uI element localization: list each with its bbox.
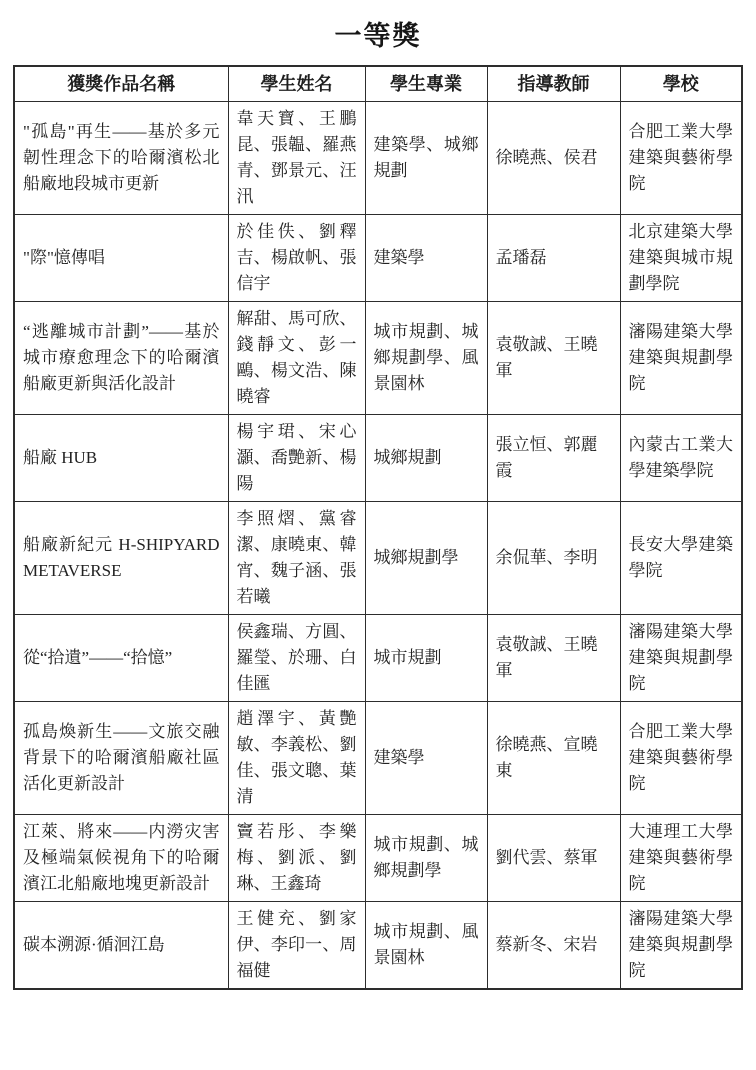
column-header-student-names: 學生姓名 — [228, 66, 365, 102]
column-header-teachers: 指導教師 — [487, 66, 620, 102]
cell-major: 城市規劃、城鄉規劃學 — [365, 815, 487, 902]
cell-teachers: 徐曉燕、侯君 — [487, 102, 620, 215]
cell-student-names: 韋天寶、王鵬昆、張韞、羅燕青、鄧景元、汪汛 — [228, 102, 365, 215]
cell-school: 合肥工業大學建築與藝術學院 — [620, 702, 742, 815]
page-title: 一等獎 — [0, 14, 756, 53]
cell-student-names: 王健充、劉家伊、李印一、周福健 — [228, 902, 365, 990]
cell-work-name: 從“拾遺”——“拾憶” — [14, 615, 228, 702]
cell-major: 建築學 — [365, 215, 487, 302]
cell-school: 瀋陽建築大學建築與規劃學院 — [620, 615, 742, 702]
cell-teachers: 張立恒、郭麗霞 — [487, 415, 620, 502]
cell-teachers: 袁敬誠、王曉軍 — [487, 302, 620, 415]
cell-work-name: "孤島"再生——基於多元韌性理念下的哈爾濱松北船廠地段城市更新 — [14, 102, 228, 215]
cell-teachers: 徐曉燕、宣曉東 — [487, 702, 620, 815]
table-row: "際"憶傳唱 於佳佚、劉釋吉、楊啟帆、張信宇 建築學 孟璠磊 北京建築大學建築與… — [14, 215, 742, 302]
cell-major: 城鄉規劃 — [365, 415, 487, 502]
cell-student-names: 解甜、馬可欣、錢靜文、彭一鷗、楊文浩、陳曉睿 — [228, 302, 365, 415]
cell-work-name: “逃離城市計劃”——基於城市療愈理念下的哈爾濱船廠更新與活化設計 — [14, 302, 228, 415]
cell-student-names: 楊宇珺、宋心灝、喬艷新、楊陽 — [228, 415, 365, 502]
cell-work-name: 船廠 HUB — [14, 415, 228, 502]
cell-student-names: 趙澤宇、黃艷敏、李義松、劉佳、張文聰、葉清 — [228, 702, 365, 815]
table-row: 從“拾遺”——“拾憶” 侯鑫瑞、方圓、羅瑩、於珊、白佳匯 城市規劃 袁敬誠、王曉… — [14, 615, 742, 702]
cell-major: 城鄉規劃學 — [365, 502, 487, 615]
cell-work-name: 江萊、將來——内澇灾害及極端氣候視角下的哈爾濱江北船廠地塊更新設計 — [14, 815, 228, 902]
header-row: 獲獎作品名稱 學生姓名 學生專業 指導教師 學校 — [14, 66, 742, 102]
table-row: "孤島"再生——基於多元韌性理念下的哈爾濱松北船廠地段城市更新 韋天寶、王鵬昆、… — [14, 102, 742, 215]
cell-teachers: 劉代雲、蔡軍 — [487, 815, 620, 902]
cell-work-name: 孤島煥新生——文旅交融背景下的哈爾濱船廠社區活化更新設計 — [14, 702, 228, 815]
cell-student-names: 於佳佚、劉釋吉、楊啟帆、張信宇 — [228, 215, 365, 302]
table-row: 碳本溯源·循洄江島 王健充、劉家伊、李印一、周福健 城市規劃、風景園林 蔡新冬、… — [14, 902, 742, 990]
column-header-work-name: 獲獎作品名稱 — [14, 66, 228, 102]
cell-student-names: 李照熠、黨睿潔、康曉東、韓宵、魏子涵、張若曦 — [228, 502, 365, 615]
cell-work-name: 船廠新紀元 H-SHIPYARD METAVERSE — [14, 502, 228, 615]
cell-teachers: 余侃華、李明 — [487, 502, 620, 615]
award-winners-table: 獲獎作品名稱 學生姓名 學生專業 指導教師 學校 "孤島"再生——基於多元韌性理… — [13, 65, 743, 990]
cell-major: 城市規劃 — [365, 615, 487, 702]
cell-school: 合肥工業大學建築與藝術學院 — [620, 102, 742, 215]
column-header-major: 學生專業 — [365, 66, 487, 102]
cell-teachers: 蔡新冬、宋岩 — [487, 902, 620, 990]
cell-school: 瀋陽建築大學建築與規劃學院 — [620, 302, 742, 415]
cell-work-name: "際"憶傳唱 — [14, 215, 228, 302]
cell-student-names: 侯鑫瑞、方圓、羅瑩、於珊、白佳匯 — [228, 615, 365, 702]
cell-major: 城市規劃、城鄉規劃學、風景園林 — [365, 302, 487, 415]
table-row: 孤島煥新生——文旅交融背景下的哈爾濱船廠社區活化更新設計 趙澤宇、黃艷敏、李義松… — [14, 702, 742, 815]
table-row: 船廠新紀元 H-SHIPYARD METAVERSE 李照熠、黨睿潔、康曉東、韓… — [14, 502, 742, 615]
column-header-school: 學校 — [620, 66, 742, 102]
cell-school: 大連理工大學建築與藝術學院 — [620, 815, 742, 902]
cell-major: 城市規劃、風景園林 — [365, 902, 487, 990]
table-row: “逃離城市計劃”——基於城市療愈理念下的哈爾濱船廠更新與活化設計 解甜、馬可欣、… — [14, 302, 742, 415]
cell-major: 建築學、城鄉規劃 — [365, 102, 487, 215]
cell-school: 瀋陽建築大學建築與規劃學院 — [620, 902, 742, 990]
cell-major: 建築學 — [365, 702, 487, 815]
cell-school: 長安大學建築學院 — [620, 502, 742, 615]
cell-student-names: 竇若彤、李樂梅、劉派、劉琳、王鑫琦 — [228, 815, 365, 902]
document-page: 一等獎 獲獎作品名稱 學生姓名 學生專業 指導教師 學校 "孤島"再生——基於多… — [0, 0, 756, 1070]
cell-school: 內蒙古工業大學建築學院 — [620, 415, 742, 502]
cell-school: 北京建築大學建築與城市規劃學院 — [620, 215, 742, 302]
cell-work-name: 碳本溯源·循洄江島 — [14, 902, 228, 990]
table-row: 船廠 HUB 楊宇珺、宋心灝、喬艷新、楊陽 城鄉規劃 張立恒、郭麗霞 內蒙古工業… — [14, 415, 742, 502]
cell-teachers: 袁敬誠、王曉軍 — [487, 615, 620, 702]
cell-teachers: 孟璠磊 — [487, 215, 620, 302]
table-row: 江萊、將來——内澇灾害及極端氣候視角下的哈爾濱江北船廠地塊更新設計 竇若彤、李樂… — [14, 815, 742, 902]
